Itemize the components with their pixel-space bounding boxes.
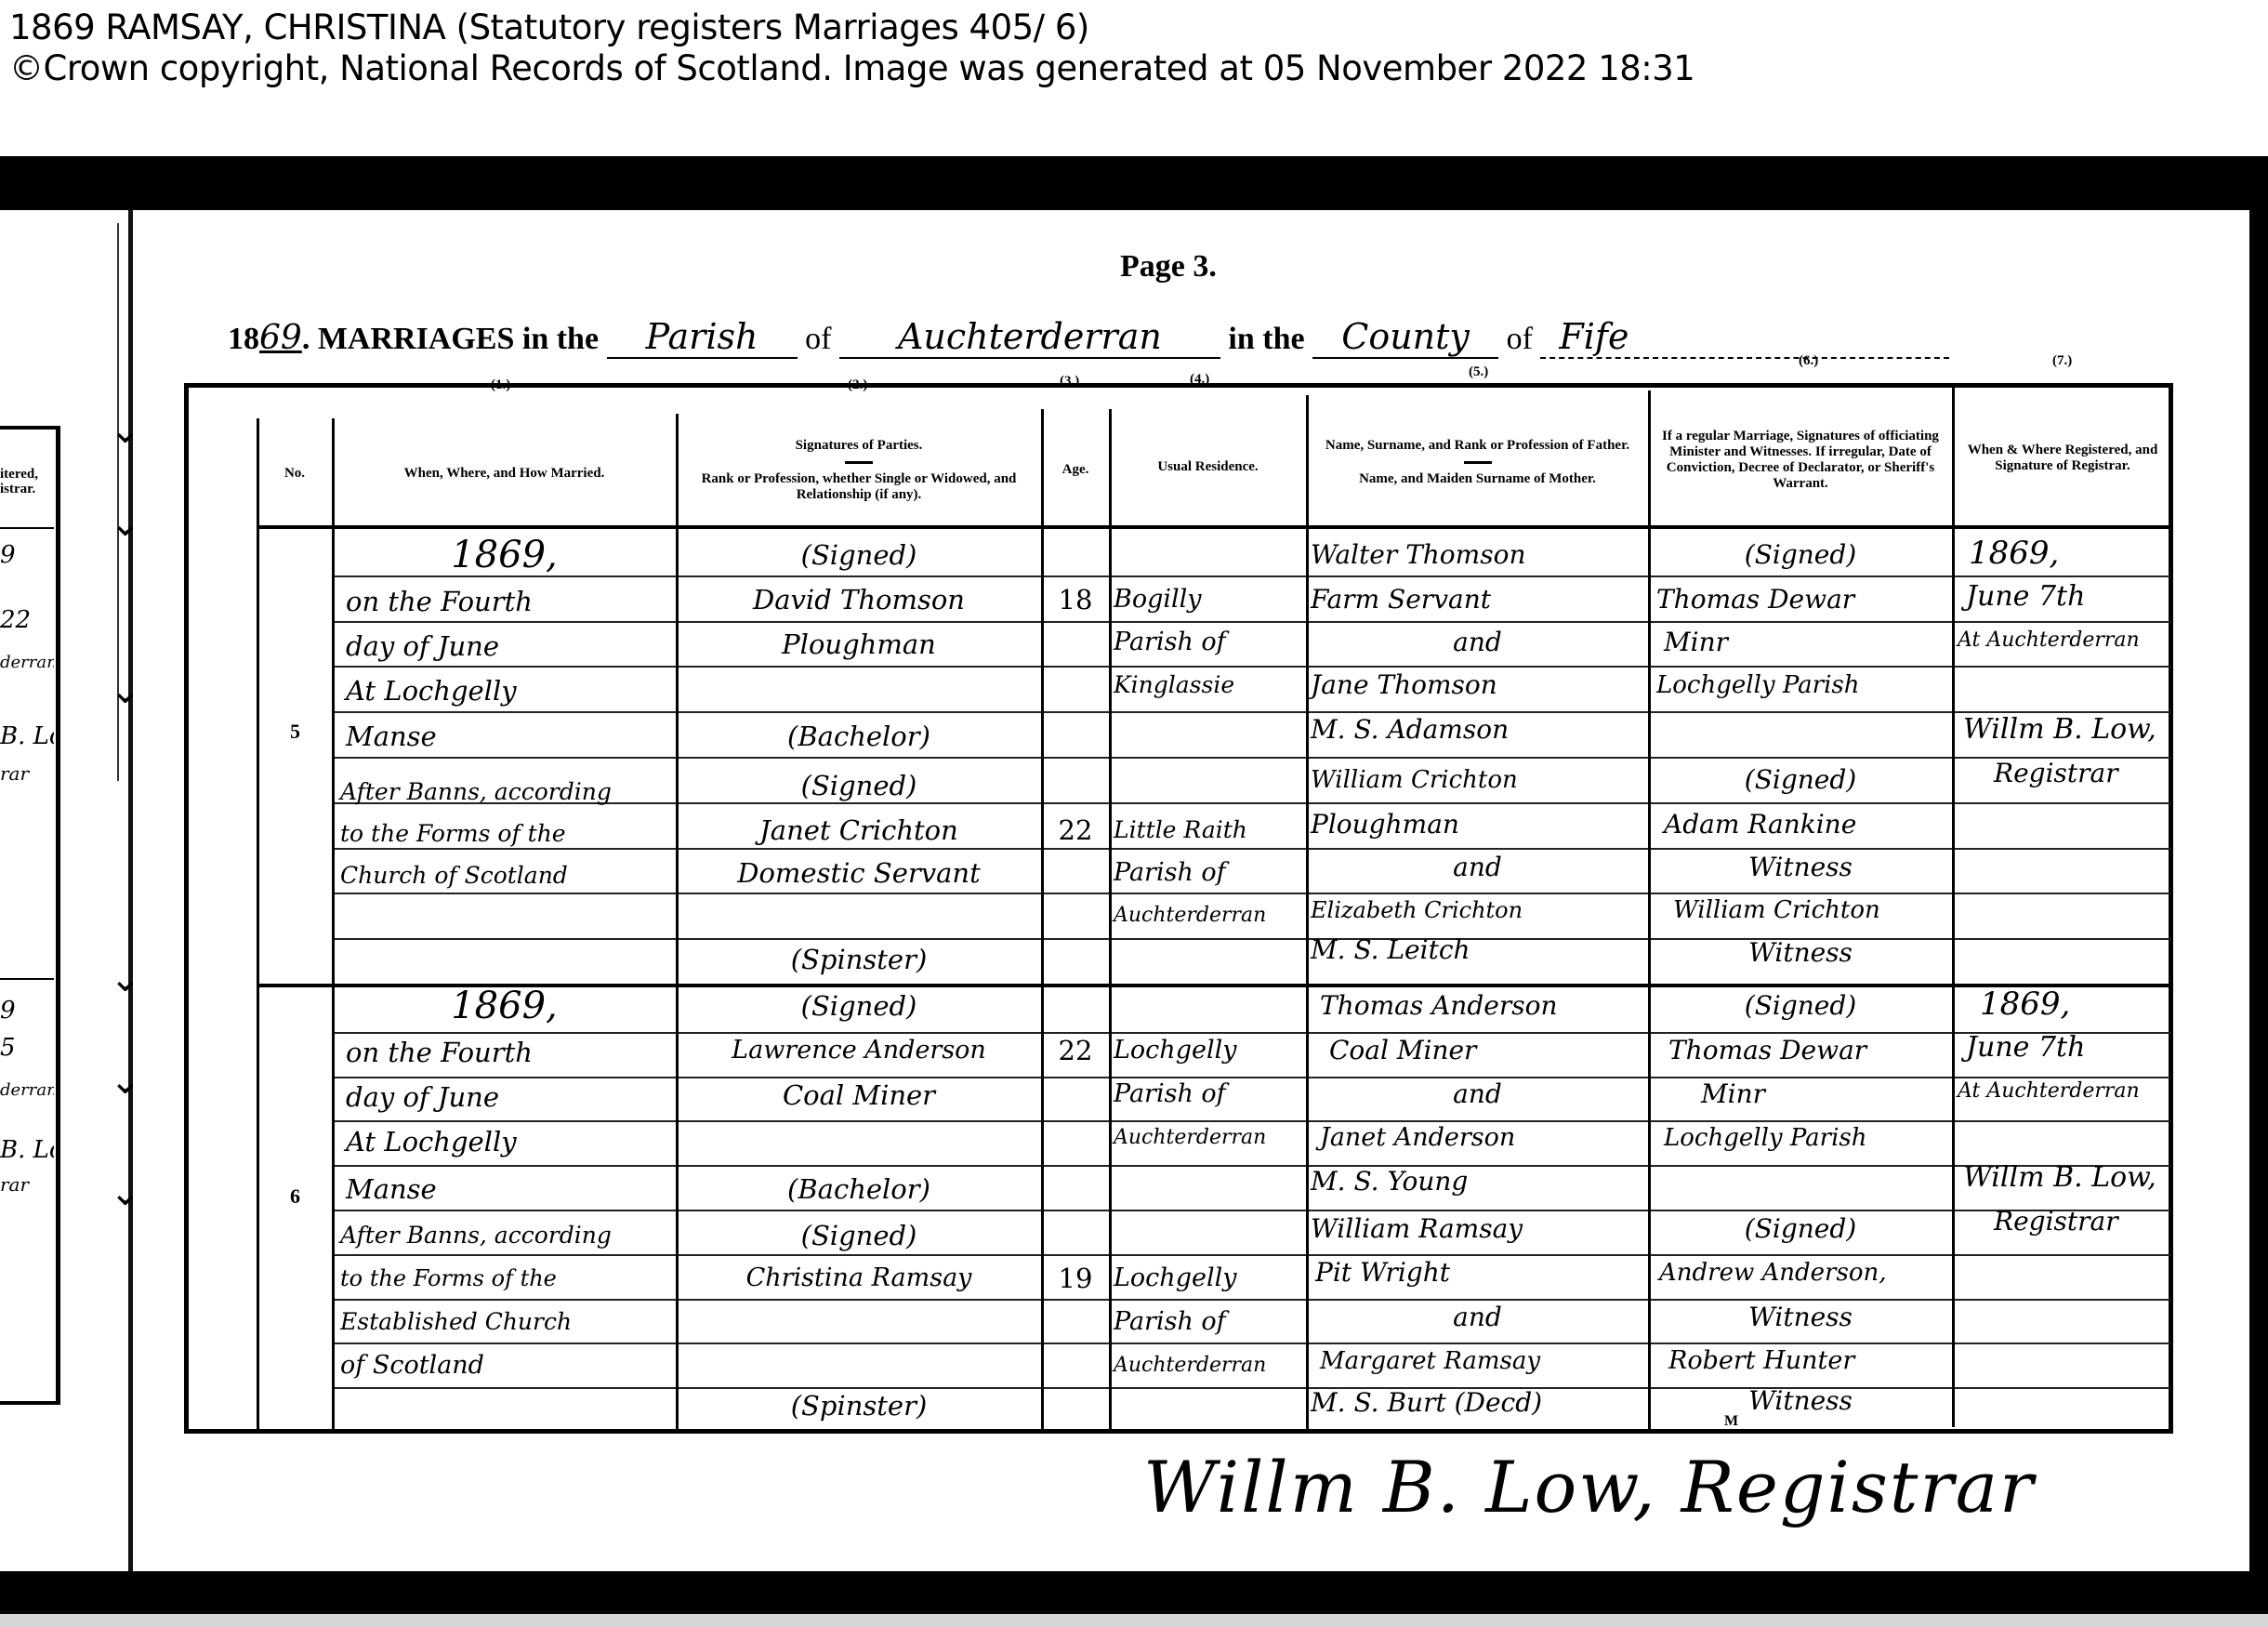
groom-signed: (Signed) bbox=[679, 990, 1039, 1022]
witness-label: Witness bbox=[1651, 1385, 1950, 1417]
ruled-line bbox=[1044, 848, 1109, 850]
minister-parish: Lochgelly Parish bbox=[1664, 1122, 1867, 1154]
ruled-line bbox=[679, 1077, 1041, 1078]
ruled-line bbox=[1112, 711, 1306, 713]
header-c4-label: Usual Residence. bbox=[1157, 459, 1258, 475]
ruled-line bbox=[679, 1254, 1041, 1256]
groom-name: David Thomson bbox=[679, 584, 1039, 615]
ruled-line bbox=[1651, 1299, 1952, 1301]
ruled-line bbox=[1044, 1343, 1109, 1344]
ruled-line bbox=[679, 621, 1041, 623]
ruled-line bbox=[1044, 1032, 1109, 1034]
registrar-page-signature: Willm B. Low, Registrar bbox=[1143, 1446, 2035, 1528]
marriage-how-line: to the Forms of the bbox=[340, 818, 566, 850]
ruled-line bbox=[335, 1165, 676, 1167]
ruled-line bbox=[1044, 757, 1109, 759]
bride-mother-maiden: M. S. Leitch bbox=[1311, 934, 1470, 966]
ruled-line bbox=[335, 1032, 676, 1034]
fragment-text: 22 bbox=[0, 606, 54, 634]
registration-place: At Auchterderran bbox=[1958, 625, 2140, 656]
groom-residence: Kinglassie bbox=[1114, 669, 1234, 701]
bride-father-rank: Ploughman bbox=[1311, 809, 1459, 840]
page-number: Page 3. bbox=[1120, 249, 1217, 284]
header-separator bbox=[1464, 461, 1492, 464]
ruled-line bbox=[335, 1343, 676, 1344]
fragment-text: B. Low bbox=[0, 722, 54, 750]
header-no-label: No. bbox=[284, 466, 305, 482]
marriage-place-line: Manse bbox=[346, 1173, 437, 1205]
entry-number: 5 bbox=[290, 716, 300, 747]
groom-rank: Coal Miner bbox=[679, 1079, 1039, 1111]
column-number: (7.) bbox=[2052, 353, 2072, 369]
ruled-line bbox=[1309, 666, 1648, 668]
ruled-line bbox=[1309, 802, 1648, 804]
ruled-line bbox=[679, 1387, 1041, 1389]
ruled-line bbox=[1112, 666, 1306, 668]
fragment-text: derran bbox=[0, 653, 54, 672]
marriage-date-line: day of June bbox=[346, 630, 499, 662]
ruled-line bbox=[1955, 666, 2170, 668]
witness-name: Andrew Anderson, bbox=[1659, 1257, 1887, 1289]
column-divider bbox=[1306, 395, 1309, 1432]
ruled-line bbox=[1955, 1343, 2170, 1344]
register-heading: 1869. MARRIAGES in the Parish of Auchter… bbox=[228, 316, 1949, 359]
bride-age: 19 bbox=[1044, 1263, 1107, 1294]
ruled-line bbox=[1309, 575, 1648, 577]
groom-name: Lawrence Anderson bbox=[679, 1035, 1039, 1066]
ruled-line bbox=[1112, 575, 1306, 577]
groom-father: Walter Thomson bbox=[1311, 539, 1525, 571]
groom-residence: Bogilly bbox=[1114, 584, 1202, 615]
header-parents: Name, Surname, and Rank or Profession of… bbox=[1309, 404, 1646, 521]
ruled-line bbox=[335, 1299, 676, 1301]
binding-stitch-icon: ⌄ bbox=[110, 958, 141, 1000]
groom-residence: Auchterderran bbox=[1114, 1122, 1266, 1154]
groom-status: (Bachelor) bbox=[679, 721, 1039, 752]
previous-page-fragment: itered, istrar. 9 22 derran B. Low rar 9… bbox=[0, 426, 60, 1405]
witness-name: William Crichton bbox=[1673, 894, 1880, 926]
ruled-line bbox=[679, 1299, 1041, 1301]
header-no: No. bbox=[258, 423, 331, 523]
marriage-place-line: At Lochgelly bbox=[346, 1126, 517, 1157]
groom-age: 18 bbox=[1044, 584, 1107, 615]
marriage-year: 1869, bbox=[335, 990, 674, 1022]
bride-residence: Auchterderran bbox=[1114, 900, 1266, 932]
bride-father: William Crichton bbox=[1311, 764, 1518, 796]
witness-name: Robert Hunter bbox=[1668, 1345, 1854, 1377]
bride-age: 22 bbox=[1044, 814, 1107, 846]
scan-border-bottom bbox=[0, 1571, 2268, 1614]
ruled-line bbox=[1955, 938, 2170, 940]
ruled-line bbox=[1044, 1299, 1109, 1301]
ruled-line bbox=[679, 848, 1041, 850]
record-title: 1869 RAMSAY, CHRISTINA (Statutory regist… bbox=[9, 7, 1089, 47]
minister-name: Thomas Dewar bbox=[1668, 1035, 1866, 1066]
ruled-line bbox=[1309, 757, 1648, 759]
scan-border-right bbox=[2249, 156, 2268, 1616]
header-c5-top: Name, Surname, and Rank or Profession of… bbox=[1325, 438, 1631, 454]
groom-mother: Jane Thomson bbox=[1311, 669, 1497, 701]
ruled-line bbox=[1044, 666, 1109, 668]
parents-and: and bbox=[1309, 627, 1646, 658]
column-divider bbox=[1109, 409, 1112, 1432]
ruled-line bbox=[1651, 802, 1952, 804]
marriage-date-line: day of June bbox=[346, 1081, 499, 1113]
ruled-line bbox=[679, 1165, 1041, 1167]
officiant-signed: (Signed) bbox=[1651, 539, 1950, 571]
ruled-line bbox=[1309, 1299, 1648, 1301]
ruled-line bbox=[335, 666, 676, 668]
ruled-line bbox=[1112, 1254, 1306, 1256]
registration-date: June 7th bbox=[1966, 581, 2085, 613]
ruled-line bbox=[1955, 621, 2170, 623]
header-signatures: Signatures of Parties.Rank or Profession… bbox=[679, 418, 1039, 522]
ruled-line bbox=[1044, 1120, 1109, 1122]
marriage-how-line: Church of Scotland bbox=[340, 860, 568, 892]
header-separator bbox=[845, 461, 873, 464]
fragment-text: B. Low bbox=[0, 1136, 54, 1164]
ruled-line bbox=[1112, 1210, 1306, 1211]
registration-year: 1869, bbox=[1969, 537, 2059, 569]
ruled-line bbox=[1309, 1210, 1648, 1211]
registrar-signature: Willm B. Low, bbox=[1963, 1162, 2156, 1194]
header-c2-bottom: Rank or Profession, whether Single or Wi… bbox=[679, 471, 1039, 503]
marriage-year: 1869, bbox=[335, 539, 674, 571]
header-c6-label: If a regular Marriage, Signatures of off… bbox=[1661, 429, 1940, 492]
minister-parish: Lochgelly Parish bbox=[1656, 669, 1860, 701]
groom-rank: Ploughman bbox=[679, 628, 1039, 660]
bride-status: (Spinster) bbox=[679, 1390, 1039, 1422]
heading-of: of bbox=[805, 322, 831, 356]
ruled-line bbox=[1112, 848, 1306, 850]
registrar-title: Registrar bbox=[1994, 1206, 2118, 1237]
ruled-line bbox=[1955, 1120, 2170, 1122]
ruled-line bbox=[1044, 1077, 1109, 1078]
binding-stitch-icon: ⌄ bbox=[110, 669, 141, 712]
groom-mother: Janet Anderson bbox=[1320, 1122, 1515, 1154]
ruled-line bbox=[679, 666, 1041, 668]
ruled-line bbox=[1955, 802, 2170, 804]
witness-label: Witness bbox=[1651, 1302, 1950, 1333]
ruled-line bbox=[679, 1032, 1041, 1034]
ruled-line bbox=[679, 802, 1041, 804]
fragment-header-line: itered, bbox=[0, 467, 38, 482]
header-when-where-how: When, Where, and How Married. bbox=[335, 423, 674, 523]
ruled-line bbox=[1044, 1210, 1109, 1211]
ruled-line bbox=[335, 711, 676, 713]
ruled-line bbox=[1955, 1387, 2170, 1389]
header-residence: Usual Residence. bbox=[1112, 414, 1304, 521]
minister-title: Minr bbox=[1701, 1078, 1765, 1110]
ruled-line bbox=[1044, 802, 1109, 804]
ruled-line bbox=[679, 575, 1041, 577]
ruled-line bbox=[1651, 1165, 1952, 1167]
heading-marriages: MARRIAGES in the bbox=[318, 322, 599, 356]
heading-of: of bbox=[1507, 322, 1533, 356]
header-registered: When & Where Registered, and Signature o… bbox=[1955, 395, 2170, 521]
witness-name: Adam Rankine bbox=[1664, 809, 1856, 840]
county-type: County bbox=[1312, 316, 1498, 359]
fragment-header-line: istrar. bbox=[0, 482, 38, 496]
minister-name: Thomas Dewar bbox=[1656, 584, 1854, 615]
witness-label: Witness bbox=[1651, 852, 1950, 883]
header-officiants: If a regular Marriage, Signatures of off… bbox=[1651, 400, 1950, 521]
ruled-line bbox=[1044, 893, 1109, 894]
registrar-signature: Willm B. Low, bbox=[1963, 714, 2156, 746]
ruled-line bbox=[1112, 893, 1306, 894]
bride-residence: Parish of bbox=[1114, 1306, 1226, 1338]
ruled-line bbox=[1955, 848, 2170, 850]
bride-name: Janet Crichton bbox=[679, 814, 1039, 846]
ruled-line bbox=[1955, 1254, 2170, 1256]
ruled-line bbox=[1309, 1254, 1648, 1256]
marriage-how-line: of Scotland bbox=[340, 1350, 484, 1382]
registrar-title: Registrar bbox=[1994, 758, 2118, 789]
column-number: (5.) bbox=[1469, 364, 1488, 380]
ruled-line bbox=[335, 1120, 676, 1122]
groom-father-rank: Farm Servant bbox=[1311, 584, 1491, 615]
column-divider bbox=[1952, 386, 1955, 1427]
marriage-how-line: to the Forms of the bbox=[340, 1263, 557, 1294]
ruled-line bbox=[1112, 802, 1306, 804]
ruled-line bbox=[335, 1387, 676, 1389]
ruled-line bbox=[1955, 575, 2170, 577]
groom-residence: Lochgelly bbox=[1114, 1035, 1236, 1066]
groom-residence: Parish of bbox=[1114, 627, 1226, 658]
groom-mother-maiden: M. S. Young bbox=[1311, 1166, 1468, 1197]
ruled-line bbox=[1112, 938, 1306, 940]
bride-signed: (Signed) bbox=[679, 1220, 1039, 1251]
bride-residence: Little Raith bbox=[1114, 814, 1247, 846]
header-c3-label: Age. bbox=[1062, 462, 1089, 478]
registration-date: June 7th bbox=[1966, 1032, 2085, 1064]
ruled-line bbox=[1112, 1343, 1306, 1344]
header-c1-label: When, Where, and How Married. bbox=[404, 466, 605, 482]
ruled-line bbox=[679, 711, 1041, 713]
witness-signed: (Signed) bbox=[1651, 1213, 1950, 1245]
ruled-line bbox=[679, 1210, 1041, 1211]
parents-and: and bbox=[1309, 1078, 1646, 1110]
ruled-line bbox=[1955, 1299, 2170, 1301]
marriage-how-line: After Banns, according bbox=[340, 776, 612, 808]
bride-mother-maiden: M. S. Burt (Decd) bbox=[1311, 1387, 1542, 1419]
ruled-line bbox=[1044, 1387, 1109, 1389]
fragment-text: 5 bbox=[0, 1034, 54, 1062]
groom-father-rank: Coal Miner bbox=[1329, 1035, 1476, 1066]
column-divider bbox=[257, 418, 259, 1432]
entry-number: 6 bbox=[290, 1181, 300, 1212]
ruled-line bbox=[1651, 1032, 1952, 1034]
ruled-line bbox=[1112, 1387, 1306, 1389]
bride-residence: Parish of bbox=[1114, 857, 1226, 889]
county-name: Fife bbox=[1540, 316, 1949, 359]
groom-residence: Parish of bbox=[1114, 1078, 1226, 1110]
viewer-footer bbox=[0, 1614, 2268, 1627]
header-c5-bottom: Name, and Maiden Surname of Mother. bbox=[1359, 471, 1596, 487]
ruled-line bbox=[1651, 575, 1952, 577]
ruled-line bbox=[1112, 621, 1306, 623]
ruled-line bbox=[1309, 1032, 1648, 1034]
header-divider bbox=[257, 525, 2171, 529]
parish-name: Auchterderran bbox=[839, 316, 1220, 359]
ruled-line bbox=[1651, 621, 1952, 623]
header-age: Age. bbox=[1044, 418, 1107, 521]
marriage-how-line: Established Church bbox=[340, 1306, 572, 1338]
ruled-line bbox=[335, 893, 676, 894]
fragment-text: derran bbox=[0, 1080, 54, 1100]
marriage-place-line: Manse bbox=[346, 721, 437, 752]
ruled-line bbox=[335, 621, 676, 623]
year-suffix: 69 bbox=[259, 319, 302, 357]
ruled-line bbox=[1112, 757, 1306, 759]
district-type: Parish bbox=[607, 316, 798, 359]
ruled-line bbox=[1651, 1343, 1952, 1344]
groom-mother-maiden: M. S. Adamson bbox=[1311, 714, 1509, 746]
witness-label: Witness bbox=[1651, 937, 1950, 969]
registration-place: At Auchterderran bbox=[1958, 1076, 2140, 1107]
ruled-line bbox=[335, 938, 676, 940]
ruled-line bbox=[1044, 575, 1109, 577]
fragment-rule bbox=[0, 978, 54, 980]
registration-year: 1869, bbox=[1980, 988, 2070, 1020]
parents-and: and bbox=[1309, 1302, 1646, 1333]
bride-signed: (Signed) bbox=[679, 770, 1039, 801]
fragment-text: rar bbox=[0, 762, 54, 785]
binding-stitch-icon: ⌄ bbox=[110, 1171, 141, 1214]
ruled-line bbox=[679, 893, 1041, 894]
bride-residence: Lochgelly bbox=[1114, 1263, 1236, 1294]
bride-father: William Ramsay bbox=[1311, 1213, 1523, 1245]
ruled-line bbox=[1651, 1210, 1952, 1211]
fragment-rule bbox=[0, 527, 54, 529]
ruled-line bbox=[1044, 621, 1109, 623]
groom-age: 22 bbox=[1044, 1035, 1107, 1066]
bride-residence: Auchterderran bbox=[1114, 1350, 1266, 1382]
groom-signed: (Signed) bbox=[679, 539, 1039, 571]
header-c2-top: Signatures of Parties. bbox=[796, 438, 923, 454]
heading-in-the: in the bbox=[1228, 322, 1304, 356]
officiant-signed: (Signed) bbox=[1651, 990, 1950, 1022]
ruled-line bbox=[679, 938, 1041, 940]
ruled-line bbox=[1651, 848, 1952, 850]
fragment-text: 9 bbox=[0, 541, 54, 569]
ruled-line bbox=[679, 757, 1041, 759]
ruled-line bbox=[1651, 666, 1952, 668]
ruled-line bbox=[1044, 711, 1109, 713]
marriage-date-line: on the Fourth bbox=[346, 586, 533, 617]
ruled-line bbox=[1309, 848, 1648, 850]
ruled-line bbox=[1651, 1254, 1952, 1256]
binding-stitch-icon: ⌄ bbox=[110, 502, 141, 545]
scan-border-top bbox=[0, 156, 2268, 210]
ruled-line bbox=[1309, 711, 1648, 713]
ruled-line bbox=[1955, 893, 2170, 894]
binding-stitch-icon: ⌄ bbox=[110, 1060, 141, 1103]
column-number: (6.) bbox=[1799, 353, 1818, 369]
ruled-line bbox=[1044, 1165, 1109, 1167]
ruled-line bbox=[1651, 1077, 1952, 1078]
ruled-line bbox=[1044, 938, 1109, 940]
ruled-line bbox=[1112, 1299, 1306, 1301]
bride-rank: Domestic Servant bbox=[679, 857, 1039, 889]
ruled-line bbox=[1651, 711, 1952, 713]
fragment-header: itered, istrar. bbox=[0, 467, 38, 496]
ruled-line bbox=[335, 1077, 676, 1078]
marriage-date-line: on the Fourth bbox=[346, 1037, 533, 1068]
bride-mother: Margaret Ramsay bbox=[1320, 1345, 1540, 1377]
parents-and: and bbox=[1309, 852, 1646, 883]
marriage-how-line: After Banns, according bbox=[340, 1220, 612, 1251]
groom-father: Thomas Anderson bbox=[1320, 990, 1557, 1022]
header-c7-label: When & Where Registered, and Signature o… bbox=[1958, 443, 2168, 474]
ruled-line bbox=[679, 1343, 1041, 1344]
groom-status: (Bachelor) bbox=[679, 1173, 1039, 1205]
ruled-line bbox=[1309, 1343, 1648, 1344]
witness-signed: (Signed) bbox=[1651, 764, 1950, 796]
bride-status: (Spinster) bbox=[679, 944, 1039, 975]
binding-stitch-icon: ⌄ bbox=[110, 409, 141, 452]
marriage-place-line: At Lochgelly bbox=[346, 675, 517, 707]
ruled-line bbox=[679, 1120, 1041, 1122]
ruled-line bbox=[1651, 757, 1952, 759]
bride-name: Christina Ramsay bbox=[679, 1263, 1039, 1294]
bride-mother: Elizabeth Crichton bbox=[1311, 894, 1523, 926]
folio-mark: M bbox=[1724, 1413, 1738, 1430]
bride-father-rank: Pit Wright bbox=[1315, 1257, 1450, 1289]
ruled-line bbox=[1044, 1254, 1109, 1256]
ruled-line bbox=[1309, 621, 1648, 623]
ruled-line bbox=[335, 1210, 676, 1211]
fragment-text: 9 bbox=[0, 997, 54, 1025]
ruled-line bbox=[1112, 1165, 1306, 1167]
ruled-line bbox=[335, 1254, 676, 1256]
ruled-line bbox=[335, 757, 676, 759]
minister-title: Minr bbox=[1664, 627, 1728, 658]
fragment-text: rar bbox=[0, 1173, 54, 1196]
ruled-line bbox=[1112, 1032, 1306, 1034]
copyright-notice: ©Crown copyright, National Records of Sc… bbox=[9, 48, 1694, 88]
year-prefix: 18 bbox=[228, 322, 259, 356]
